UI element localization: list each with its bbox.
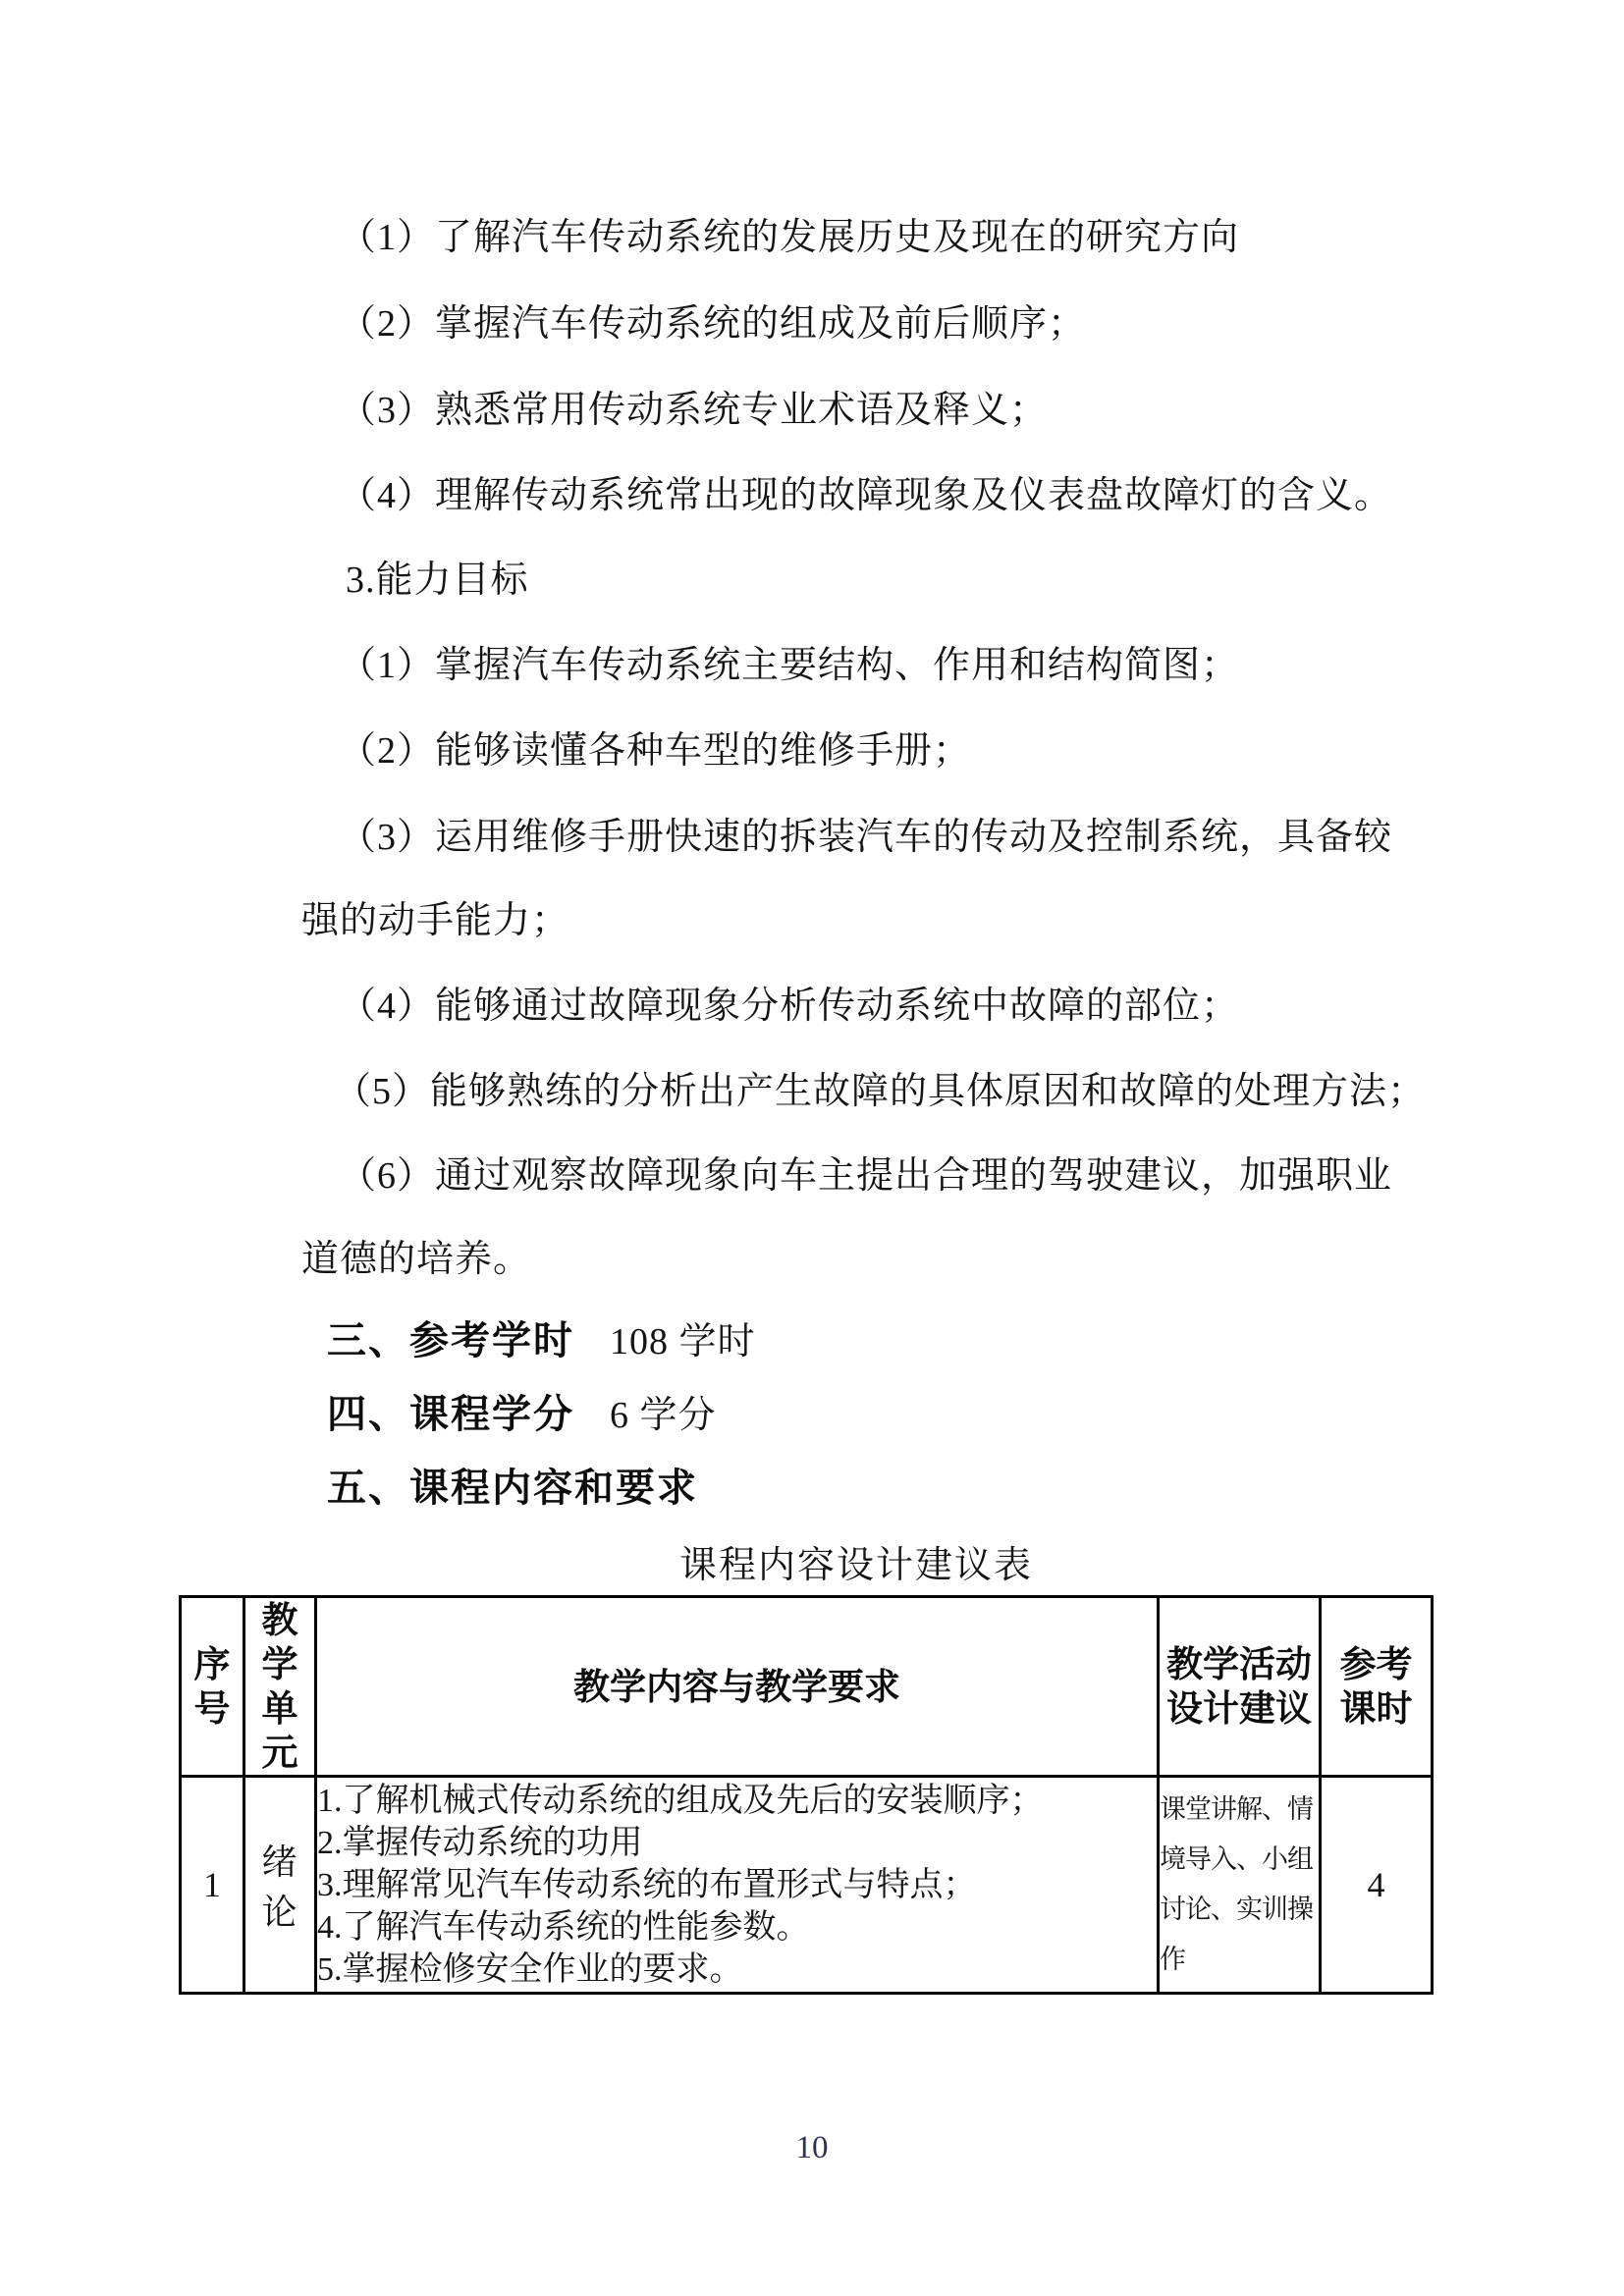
header-line: 课时 [1322,1686,1431,1731]
body-text-line: （6）通过观察故障现象向车主提出合理的驾驶建议，加强职业 [339,1152,1392,1200]
header-activity-design: 教学活动 设计建议 [1159,1597,1321,1777]
cell-teaching-unit: 绪论 [244,1777,316,1994]
section-heading-course-credits: 四、课程学分6 学分 [327,1383,717,1439]
cell-activity: 课堂讲解、情 境导入、小组 讨论、实训操 作 [1159,1777,1321,1994]
content-line: 2.掌握传动系统的功用 [317,1822,1157,1864]
section-heading-value: 6 学分 [610,1395,717,1436]
body-text-line: （3）熟悉常用传动系统专业术语及释义； [339,387,1048,434]
header-line: 单元 [245,1686,314,1775]
table-header-row: 序 号 教学 单元 教学内容与教学要求 教学活动 设计建议 参考 课时 [181,1597,1433,1777]
header-line: 序 [182,1642,243,1686]
section-heading-label: 五、课程内容和要求 [327,1467,698,1510]
body-text-line: 道德的培养。 [301,1236,531,1283]
header-teaching-unit: 教学 单元 [244,1597,316,1777]
header-seq-no: 序 号 [181,1597,244,1777]
body-text-line: 3.能力目标 [346,557,529,604]
body-text-line: 强的动手能力； [301,897,569,944]
table-title: 课程内容设计建议表 [301,1534,1411,1588]
header-line: 教学 [245,1598,314,1686]
header-line: 号 [182,1686,243,1731]
content-line: 1.了解机械式传动系统的组成及先后的安装顺序； [317,1780,1157,1822]
body-text-line: （2）掌握汽车传动系统的组成及前后顺序； [339,300,1086,347]
cell-hours: 4 [1321,1777,1433,1994]
body-text-line: （1）掌握汽车传动系统主要结构、作用和结构简图； [339,642,1239,689]
header-line: 教学内容与教学要求 [317,1665,1157,1709]
section-heading-course-content: 五、课程内容和要求 [327,1457,733,1513]
section-heading-value: 108 学时 [610,1321,756,1362]
header-line: 教学活动 [1160,1642,1319,1686]
body-text-line: （3）运用维修手册快速的拆装汽车的传动及控制系统，具备较 [339,814,1392,861]
document-page: （1）了解汽车传动系统的发展历史及现在的研究方向 （2）掌握汽车传动系统的组成及… [0,0,1624,2296]
course-content-table: 序 号 教学 单元 教学内容与教学要求 教学活动 设计建议 参考 课时 1 绪论 [179,1595,1434,1995]
activity-line: 课堂讲解、情 [1160,1785,1319,1835]
activity-line: 境导入、小组 [1160,1835,1319,1885]
body-text-line: （4）能够通过故障现象分析传动系统中故障的部位； [339,983,1239,1030]
cell-content: 1.了解机械式传动系统的组成及先后的安装顺序； 2.掌握传动系统的功用 3.理解… [316,1777,1159,1994]
body-text-line: （4）理解传动系统常出现的故障现象及仪表盘故障灯的含义。 [339,472,1392,519]
activity-line: 讨论、实训操 [1160,1885,1319,1935]
section-heading-reference-hours: 三、参考学时108 学时 [327,1309,756,1365]
section-heading-label: 四、课程学分 [327,1393,574,1436]
page-number: 10 [0,2130,1624,2166]
content-line: 5.掌握检修安全作业的要求。 [317,1949,1157,1991]
body-text-line: （5）能够熟练的分析出产生故障的具体原因和故障的处理方法； [334,1068,1426,1115]
body-text-line: （1）了解汽车传动系统的发展历史及现在的研究方向 [339,214,1239,261]
header-reference-hours: 参考 课时 [1321,1597,1433,1777]
activity-line: 作 [1160,1935,1319,1985]
table-row: 1 绪论 1.了解机械式传动系统的组成及先后的安装顺序； 2.掌握传动系统的功用… [181,1777,1433,1994]
section-heading-label: 三、参考学时 [327,1319,574,1362]
body-text-line: （2）能够读懂各种车型的维修手册； [339,727,971,774]
content-line: 3.理解常见汽车传动系统的布置形式与特点； [317,1864,1157,1906]
header-line: 设计建议 [1160,1686,1319,1731]
cell-seq-no: 1 [181,1777,244,1994]
content-line: 4.了解汽车传动系统的性能参数。 [317,1906,1157,1949]
header-content-requirements: 教学内容与教学要求 [316,1597,1159,1777]
header-line: 参考 [1322,1642,1431,1686]
